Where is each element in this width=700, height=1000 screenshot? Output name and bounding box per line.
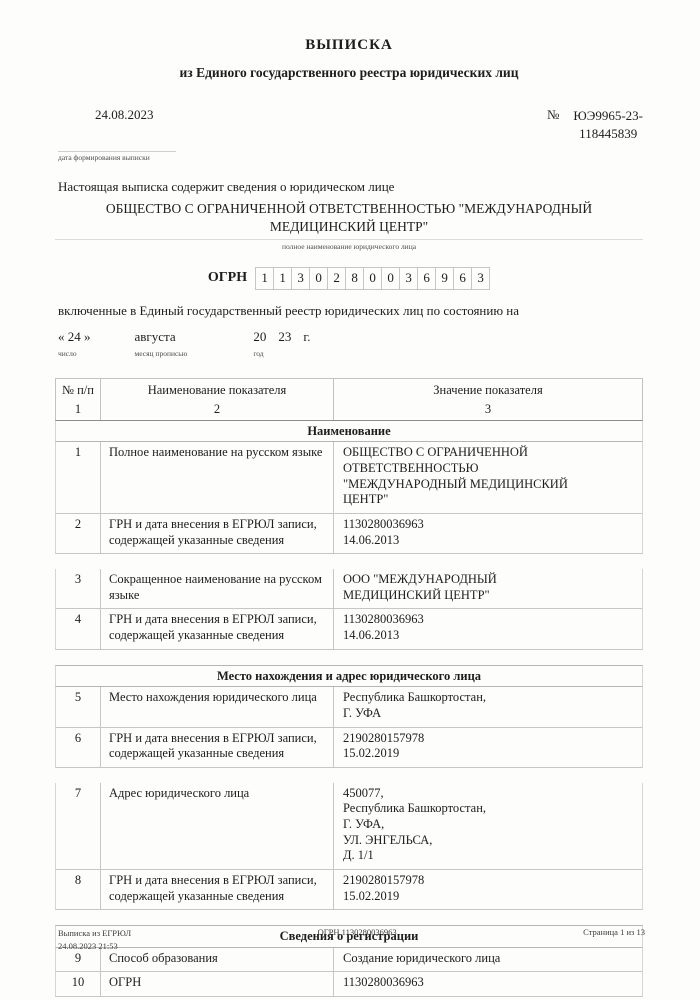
company-name-caption: полное наименование юридического лица: [55, 242, 643, 251]
ogrn-digit-cell: 6: [417, 267, 436, 290]
number-sign: №: [547, 107, 559, 142]
table-gap: [55, 910, 643, 925]
row-indicator-value: 2190280157978 15.02.2019: [334, 870, 642, 909]
page-footer: Выписка из ЕГРЮЛ 24.08.2023 21:53 ОГРН 1…: [58, 927, 645, 953]
table-row: 6ГРН и дата внесения в ЕГРЮЛ записи, сод…: [55, 728, 643, 768]
ogrn-digit-cell: 2: [327, 267, 346, 290]
indicators-table: № п/п 1 Наименование показателя 2 Значен…: [55, 378, 643, 998]
row-indicator-name: Полное наименование на русском языке: [101, 442, 334, 513]
row-indicator-value: 1130280036963 14.06.2013: [334, 514, 642, 553]
row-indicator-name: Сокращенное наименование на русском язык…: [101, 569, 334, 608]
table-gap: [55, 554, 643, 569]
formation-date: 24.08.2023: [95, 107, 154, 142]
date-number-row: 24.08.2023 № ЮЭ9965-23- 118445839: [55, 107, 643, 142]
ogrn-digit-cell: 3: [291, 267, 310, 290]
intro-line: Настоящая выписка содержит сведения о юр…: [58, 179, 643, 195]
table-row: 2ГРН и дата внесения в ЕГРЮЛ записи, сод…: [55, 514, 643, 554]
row-number: 8: [56, 870, 101, 909]
header-col-num-label: № п/п: [58, 383, 98, 399]
header-col-name: Наименование показателя 2: [101, 379, 334, 420]
as-of-month-caption: месяц прописью: [135, 349, 188, 358]
row-number: 7: [56, 783, 101, 869]
table-row: 7Адрес юридического лица450077, Республи…: [55, 783, 643, 870]
ogrn-digit-cell: 0: [381, 267, 400, 290]
as-of-day-group: « 24 » число: [58, 329, 91, 358]
as-of-month: августа: [135, 329, 188, 345]
row-number: 5: [56, 687, 101, 726]
document-number: № ЮЭ9965-23- 118445839: [547, 107, 643, 142]
row-number: 3: [56, 569, 101, 608]
row-indicator-name: ОГРН: [101, 972, 334, 996]
header-col-num: № п/п 1: [56, 379, 101, 420]
row-indicator-name: ГРН и дата внесения в ЕГРЮЛ записи, соде…: [101, 514, 334, 553]
ogrn-digit-cell: 6: [453, 267, 472, 290]
document-number-line1: ЮЭ9965-23-: [573, 108, 643, 123]
company-name-underline: [55, 239, 643, 240]
ogrn-digit-cell: 0: [309, 267, 328, 290]
table-row: 10ОГРН1130280036963: [55, 972, 643, 997]
ogrn-digit-cell: 8: [345, 267, 364, 290]
row-indicator-name: Место нахождения юридического лица: [101, 687, 334, 726]
footer-source: Выписка из ЕГРЮЛ 24.08.2023 21:53: [58, 927, 131, 953]
ogrn-field: ОГРН 1130280036963: [55, 267, 643, 290]
ogrn-digit-cell: 9: [435, 267, 454, 290]
as-of-year-caption: год: [253, 349, 322, 358]
as-of-century: 20: [253, 329, 266, 344]
row-indicator-name: ГРН и дата внесения в ЕГРЮЛ записи, соде…: [101, 609, 334, 648]
document-number-line2: 118445839: [579, 126, 637, 141]
footer-source-line2: 24.08.2023 21:53: [58, 941, 118, 951]
row-indicator-value: ООО "МЕЖДУНАРОДНЫЙ МЕДИЦИНСКИЙ ЦЕНТР": [334, 569, 642, 608]
document-number-value: ЮЭ9965-23- 118445839: [573, 107, 643, 142]
as-of-year-group: 2023г. год: [253, 329, 322, 358]
ogrn-digit-cell: 1: [273, 267, 292, 290]
page-title: ВЫПИСКА: [55, 37, 643, 54]
header-col-name-index: 2: [103, 402, 331, 418]
table-row: 5Место нахождения юридического лицаРеспу…: [55, 687, 643, 727]
header-col-name-label: Наименование показателя: [103, 383, 331, 399]
table-row: 1Полное наименование на русском языкеОБЩ…: [55, 442, 643, 514]
ogrn-label: ОГРН: [208, 270, 247, 286]
ogrn-digit-cell: 0: [363, 267, 382, 290]
row-indicator-value: 2190280157978 15.02.2019: [334, 728, 642, 767]
row-number: 10: [56, 972, 101, 996]
row-number: 4: [56, 609, 101, 648]
row-indicator-value: 1130280036963: [334, 972, 642, 996]
as-of-date-row: « 24 » число августа месяц прописью 2023…: [58, 329, 643, 358]
footer-ogrn: ОГРН 1130280036963: [318, 927, 397, 937]
table-gap: [55, 650, 643, 665]
footer-source-line1: Выписка из ЕГРЮЛ: [58, 928, 131, 938]
as-of-year-suffix: г.: [303, 329, 310, 344]
header-col-num-index: 1: [58, 402, 98, 418]
table-header-row: № п/п 1 Наименование показателя 2 Значен…: [55, 378, 643, 421]
company-full-name: ОБЩЕСТВО С ОГРАНИЧЕННОЙ ОТВЕТСТВЕННОСТЬЮ…: [55, 200, 643, 236]
header-col-value: Значение показателя 3: [334, 379, 642, 420]
row-indicator-value: Республика Башкортостан, Г. УФА: [334, 687, 642, 726]
included-line: включенные в Единый государственный реес…: [58, 303, 643, 319]
table-gap: [55, 768, 643, 783]
header-col-value-label: Значение показателя: [336, 383, 640, 399]
row-indicator-value: 450077, Республика Башкортостан, Г. УФА,…: [334, 783, 642, 869]
row-indicator-name: ГРН и дата внесения в ЕГРЮЛ записи, соде…: [101, 870, 334, 909]
egrul-extract-page: ВЫПИСКА из Единого государственного реес…: [0, 0, 700, 1000]
ogrn-digit-cell: 3: [399, 267, 418, 290]
row-indicator-name: ГРН и дата внесения в ЕГРЮЛ записи, соде…: [101, 728, 334, 767]
row-indicator-value: ОБЩЕСТВО С ОГРАНИЧЕННОЙ ОТВЕТСТВЕННОСТЬЮ…: [334, 442, 642, 513]
header-col-value-index: 3: [336, 402, 640, 418]
table-row: 3Сокращенное наименование на русском язы…: [55, 569, 643, 609]
row-number: 2: [56, 514, 101, 553]
table-row: 8ГРН и дата внесения в ЕГРЮЛ записи, сод…: [55, 870, 643, 910]
page-subtitle: из Единого государственного реестра юрид…: [55, 65, 643, 81]
ogrn-digit-cell: 3: [471, 267, 490, 290]
as-of-day: « 24 »: [58, 329, 91, 345]
ogrn-digit-cell: 1: [255, 267, 274, 290]
as-of-month-group: августа месяц прописью: [135, 329, 188, 358]
footer-page-number: Страница 1 из 13: [583, 927, 645, 937]
table-section-header: Место нахождения и адрес юридического ли…: [55, 665, 643, 688]
table-body: Наименование1Полное наименование на русс…: [55, 421, 643, 997]
row-number: 6: [56, 728, 101, 767]
table-section-header: Наименование: [55, 421, 643, 443]
row-indicator-name: Адрес юридического лица: [101, 783, 334, 869]
as-of-day-caption: число: [58, 349, 91, 358]
row-number: 1: [56, 442, 101, 513]
formation-date-caption: дата формирования выписки: [58, 151, 176, 162]
ogrn-digit-boxes: 1130280036963: [256, 267, 490, 290]
as-of-year-short: 23: [278, 329, 291, 344]
as-of-year: 2023г.: [253, 329, 322, 345]
row-indicator-value: 1130280036963 14.06.2013: [334, 609, 642, 648]
table-row: 4ГРН и дата внесения в ЕГРЮЛ записи, сод…: [55, 609, 643, 649]
